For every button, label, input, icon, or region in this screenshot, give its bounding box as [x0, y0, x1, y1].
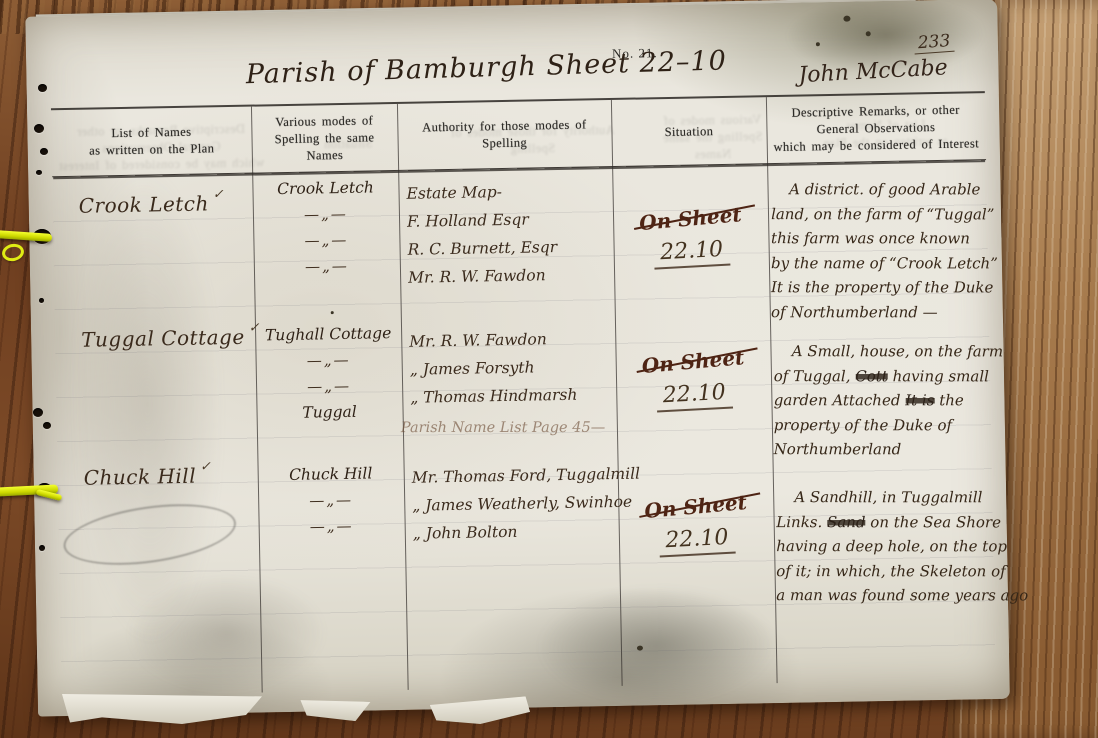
spelling-line: Tuggal	[260, 398, 398, 427]
photo-scene: 233 No. 21. Parish of Bamburgh Sheet 22–…	[0, 0, 1098, 738]
remarks-line: A Sandhill, in Tuggalmill	[776, 485, 1028, 510]
remarks-text: having small	[888, 367, 989, 385]
remarks-text: A Small, house, on the farm	[792, 342, 1003, 360]
spelling-line: —„—	[257, 200, 395, 229]
spelling-line: Tughall Cottage	[259, 320, 397, 349]
table-row: Chuck Hill✓Chuck Hill—„——„—Mr. Thomas Fo…	[57, 447, 995, 696]
remarks-line: of Tuggal, Cott having small	[774, 364, 1003, 389]
table-row: Tuggal Cottage✓Tughall Cottage—„——„—Tugg…	[55, 307, 991, 464]
authority-cell: Estate Map-F. Holland EsqrR. C. Burnett,…	[398, 168, 615, 333]
remarks-line: land, on the farm of “Tuggal”	[771, 202, 998, 227]
struck-word: Sand	[827, 513, 866, 531]
situation-sheet-number: 22.10	[655, 380, 732, 413]
spelling-line: —„—	[260, 372, 398, 401]
remarks-text: A district. of good Arable	[789, 180, 980, 198]
remarks-text: of it; in which, the Skeleton of	[776, 562, 1005, 580]
column-header-line: as written on the Plan	[56, 140, 248, 161]
surveyor-signature: John McCabe	[798, 55, 948, 88]
remarks-line: of it; in which, the Skeleton of	[776, 559, 1028, 584]
spelling-cell: Crook Letch—„——„——„—	[252, 172, 401, 336]
remarks-line: garden Attached It is the	[774, 388, 1003, 413]
authority-cell: Mr. R. W. Fawdon„ James Forsyth„ Thomas …	[401, 314, 618, 470]
remarks-text: of Tuggal,	[774, 367, 856, 385]
remarks-line: It is the property of the Duke	[771, 275, 998, 300]
situation-sheet-number: 22.10	[658, 525, 735, 558]
column-header-2: Authority for those modes ofSpelling	[397, 116, 612, 154]
authority-line: Mr. Thomas Ford, Tuggalmill	[412, 460, 614, 492]
remarks-line: by the name of “Crook Letch”	[771, 251, 998, 276]
column-header-4: Descriptive Remarks, or otherGeneral Obs…	[766, 101, 986, 156]
authority-line: „ John Bolton	[413, 516, 615, 548]
remarks-text: Links.	[776, 513, 827, 531]
binding-hole	[33, 408, 43, 417]
authority-line: F. Holland Esqr	[407, 204, 609, 236]
struck-word: It is	[905, 391, 934, 409]
column-header-0: List of Namesas written on the Plan	[51, 123, 252, 161]
register-page: 233 No. 21. Parish of Bamburgh Sheet 22–…	[25, 0, 1010, 717]
binding-hole	[43, 422, 51, 429]
spelling-line: Crook Letch	[256, 174, 394, 203]
authority-line: „ James Weatherly, Swinhoe	[412, 488, 614, 520]
situation-cell: On Sheet22.10	[615, 311, 773, 466]
remarks-text: garden Attached	[774, 391, 906, 409]
checkmark-icon: ✓	[213, 187, 225, 202]
name-on-plan-cell: Chuck Hill✓	[57, 461, 261, 697]
remarks-text: It is the property of the Duke	[771, 278, 993, 296]
remarks-line: a man was found some years ago	[776, 583, 1028, 608]
situation-cell: On Sheet22.10	[617, 451, 776, 686]
stain-speck	[816, 42, 820, 46]
spelling-cell: Chuck Hill—„——„—	[257, 458, 407, 693]
checkmark-icon: ✓	[200, 459, 212, 474]
column-header-line: which may be considered of Interest	[771, 135, 982, 156]
pencil-oval-mark	[60, 495, 240, 575]
situation-cell: On Sheet22.10	[612, 165, 770, 329]
situation-sheet-label: On Sheet	[638, 202, 742, 235]
column-header-line: Situation	[615, 122, 762, 142]
name-on-plan: Crook Letch	[79, 191, 210, 217]
binding-hole	[39, 298, 44, 303]
authority-note: Parish Name List Page 45—	[401, 414, 613, 442]
page-title: Parish of Bamburgh Sheet 22–10	[176, 43, 797, 92]
authority-line: Estate Map-	[406, 176, 608, 208]
binding-hole	[39, 545, 45, 551]
remarks-text: the	[934, 391, 963, 409]
authority-line: „ James Forsyth	[410, 352, 612, 384]
name-on-plan: Chuck Hill	[84, 464, 197, 490]
remarks-text: on the Sea Shore	[866, 513, 1001, 531]
table-rows: Crook Letch✓Crook Letch—„——„——„—Estate M…	[52, 161, 995, 696]
name-on-plan: Tuggal Cottage	[81, 325, 245, 352]
spelling-line: —„—	[259, 346, 397, 375]
authority-line: Mr. R. W. Fawdon	[408, 260, 610, 292]
remarks-line: A Small, house, on the farm	[774, 339, 1003, 364]
remarks-line: having a deep hole, on the top	[776, 534, 1028, 559]
remarks-cell: A district. of good Arableland, on the f…	[767, 165, 1002, 326]
authority-line: R. C. Burnett, Esqr	[407, 232, 609, 264]
spelling-line: Chuck Hill	[261, 460, 399, 489]
page-number: 233	[913, 31, 955, 55]
spelling-line: —„—	[257, 226, 395, 255]
binding-hole	[34, 124, 44, 133]
authority-line: „ Thomas Hindmarsh	[410, 380, 612, 412]
spelling-cell: Tughall Cottage—„——„—Tuggal	[255, 318, 404, 473]
situation-sheet-label: On Sheet	[641, 345, 745, 378]
column-header-line: Spelling the same Names	[255, 129, 394, 166]
remarks-cell: A Sandhill, in TuggalmillLinks. Sand on …	[772, 451, 1032, 683]
remarks-text: A Sandhill, in Tuggalmill	[794, 488, 982, 506]
authority-line: Mr. R. W. Fawdon	[409, 324, 611, 356]
remarks-cell: A Small, house, on the farmof Tuggal, Co…	[770, 311, 1007, 464]
remarks-text: by the name of “Crook Letch”	[771, 254, 998, 272]
stain-speck	[843, 16, 850, 22]
remarks-text: a man was found some years ago	[776, 586, 1028, 604]
binding-hole	[38, 84, 47, 92]
remarks-text: having a deep hole, on the top	[776, 537, 1007, 555]
name-on-plan-cell: Tuggal Cottage✓	[55, 321, 258, 477]
column-header-3: Situation	[611, 122, 766, 142]
spelling-line: —„—	[262, 512, 400, 541]
situation-sheet-number: 22.10	[652, 237, 729, 270]
remarks-text: land, on the farm of “Tuggal”	[771, 205, 994, 223]
table-row: Crook Letch✓Crook Letch—„——„——„—Estate M…	[52, 161, 989, 324]
binding-hole	[36, 170, 42, 175]
binding-hole	[40, 148, 48, 155]
column-header-1: Various modes ofSpelling the same Names	[251, 111, 398, 165]
stain-speck	[866, 31, 871, 36]
column-header-line: Various modes of	[255, 112, 393, 132]
authority-cell: Mr. Thomas Ford, Tuggalmill„ James Weath…	[403, 454, 621, 690]
situation-sheet-label: On Sheet	[644, 490, 748, 523]
spelling-line: —„—	[262, 486, 400, 515]
struck-word: Cott	[855, 367, 888, 385]
spelling-line: —„—	[258, 252, 396, 281]
remarks-line: Links. Sand on the Sea Shore	[776, 510, 1028, 535]
remarks-line: property of the Duke of	[774, 413, 1003, 438]
remarks-text: property of the Duke of	[774, 416, 952, 434]
name-on-plan-cell: Crook Letch✓	[52, 175, 255, 340]
remarks-line: A district. of good Arable	[771, 177, 998, 202]
remarks-line: this farm was once known	[771, 226, 998, 251]
remarks-text: this farm was once known	[771, 229, 970, 247]
